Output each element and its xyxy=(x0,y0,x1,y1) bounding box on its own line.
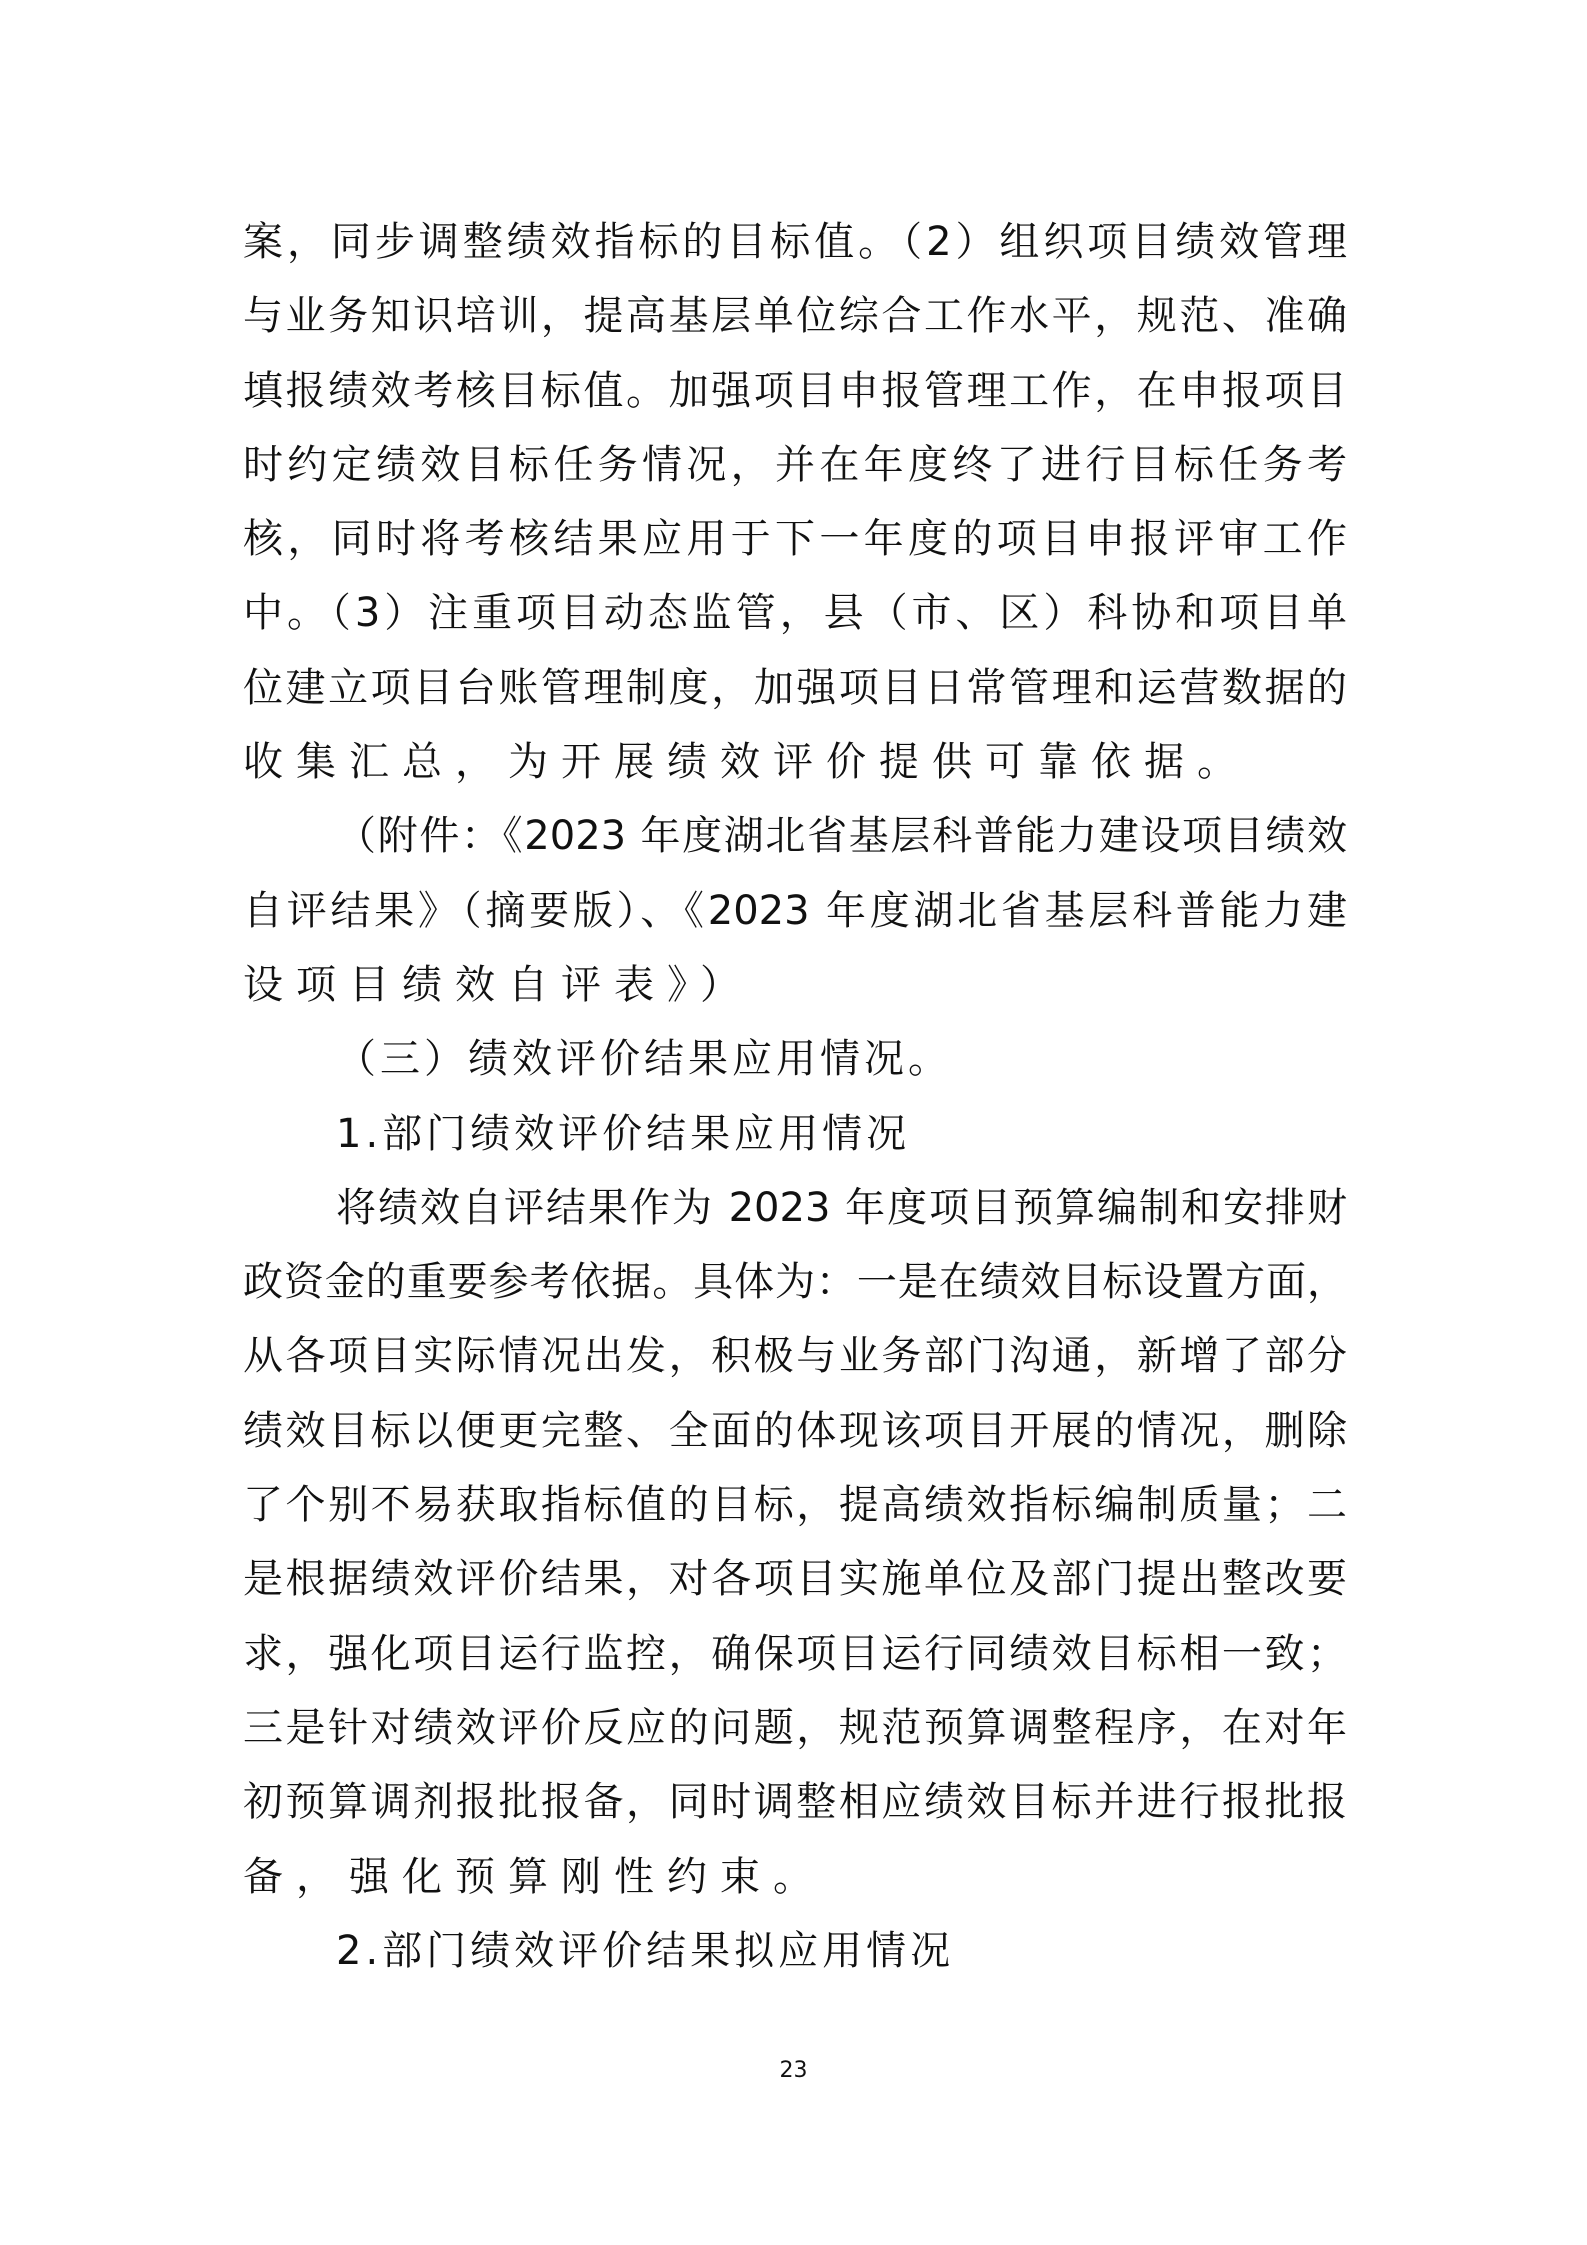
text-line: 收集汇总，为开展绩效评价提供可靠依据。 xyxy=(243,725,1347,799)
text-line: 时约定绩效目标任务情况，并在年度终了进行目标任务考 xyxy=(243,428,1347,502)
text-line: 从各项目实际情况出发，积极与业务部门沟通，新增了部分 xyxy=(243,1319,1347,1393)
text-line: 政资金的重要参考依据。具体为：一是在绩效目标设置方面， xyxy=(243,1245,1347,1319)
page-number: 23 xyxy=(0,2058,1587,2083)
document-page: 案，同步调整绩效指标的目标值。（2）组织项目绩效管理 与业务知识培训，提高基层单… xyxy=(0,0,1587,2245)
body-text: 案，同步调整绩效指标的目标值。（2）组织项目绩效管理 与业务知识培训，提高基层单… xyxy=(243,205,1347,1988)
text-line: 绩效目标以便更完整、全面的体现该项目开展的情况，删除 xyxy=(243,1394,1347,1468)
text-line: 中。（3）注重项目动态监管，县（市、区）科协和项目单 xyxy=(243,576,1347,650)
text-line: 将绩效自评结果作为 2023 年度项目预算编制和安排财 xyxy=(243,1171,1347,1245)
text-line: 填报绩效考核目标值。加强项目申报管理工作，在申报项目 xyxy=(243,354,1347,428)
text-line: 了个别不易获取指标值的目标，提高绩效指标编制质量；二 xyxy=(243,1468,1347,1542)
text-line: 位建立项目台账管理制度，加强项目日常管理和运营数据的 xyxy=(243,651,1347,725)
text-line: 初预算调剂报批报备，同时调整相应绩效目标并进行报批报 xyxy=(243,1765,1347,1839)
text-line: 备，强化预算刚性约束。 xyxy=(243,1840,1347,1914)
attachment-note-line: （附件：《2023 年度湖北省基层科普能力建设项目绩效 xyxy=(243,799,1347,873)
attachment-note-line: 设项目绩效自评表》） xyxy=(243,948,1347,1022)
text-line: 案，同步调整绩效指标的目标值。（2）组织项目绩效管理 xyxy=(243,205,1347,279)
text-line: 求，强化项目运行监控，确保项目运行同绩效目标相一致； xyxy=(243,1617,1347,1691)
text-line: 核，同时将考核结果应用于下一年度的项目申报评审工作 xyxy=(243,502,1347,576)
subsection-heading-2: 2.部门绩效评价结果拟应用情况 xyxy=(243,1914,1347,1988)
section-heading: （三）绩效评价结果应用情况。 xyxy=(243,1022,1347,1096)
text-line: 是根据绩效评价结果，对各项目实施单位及部门提出整改要 xyxy=(243,1542,1347,1616)
text-line: 三是针对绩效评价反应的问题，规范预算调整程序，在对年 xyxy=(243,1691,1347,1765)
text-line: 与业务知识培训，提高基层单位综合工作水平，规范、准确 xyxy=(243,279,1347,353)
subsection-heading-1: 1.部门绩效评价结果应用情况 xyxy=(243,1097,1347,1171)
attachment-note-line: 自评结果》（摘要版）、《2023 年度湖北省基层科普能力建 xyxy=(243,874,1347,948)
